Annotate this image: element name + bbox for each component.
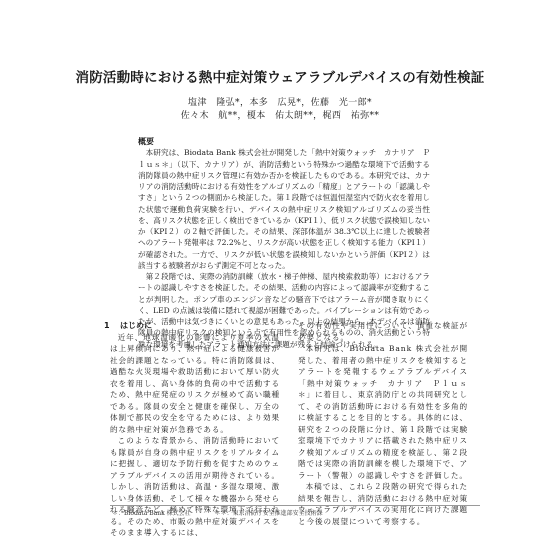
- author-list: 塩津 隆弘*，本多 広晃*，佐藤 光一郎* 佐々木 航**，榎本 佑太朗**，梶…: [0, 97, 560, 123]
- abstract: 概要 本研究は、Biodata Bank 株式会社が開発した「熱中対策ウォッチ …: [138, 136, 430, 350]
- section-title: はじめに: [120, 321, 152, 330]
- abstract-heading: 概要: [138, 136, 430, 147]
- body-paragraph-continued: その有効性や実用性について、慎重な検証が必要となる。: [298, 320, 468, 343]
- section-number: 1: [104, 320, 120, 332]
- footnotes: ＊：Biodata Bank 株式会社 ＊＊：東京消防庁安全推進部安全技術課: [112, 509, 345, 518]
- body-paragraph: 本稿では、これら２段階の研究で得られた結果を報告し、消防活動における熱中症対策ウ…: [298, 481, 468, 527]
- body-column-right: その有効性や実用性について、慎重な検証が必要となる。 本研究は、Biodata …: [298, 320, 468, 527]
- footnote-divider: [110, 505, 480, 506]
- section-heading: 1はじめに: [104, 320, 280, 332]
- paper-title: 消防活動時における熱中症対策ウェアラブルデバイスの有効性検証: [0, 66, 560, 86]
- abstract-paragraph: 本研究は、Biodata Bank 株式会社が開発した「熱中対策ウォッチ カナリ…: [138, 147, 430, 271]
- footnote-affiliation-1: ＊：Biodata Bank 株式会社: [112, 510, 191, 517]
- body-paragraph: 近年、地球温暖化の影響により夏季の気温は上昇傾向にあり、熱中症による健康被害が社…: [110, 332, 280, 436]
- body-paragraph: 本研究は、Biodata Bank 株式会社が開発した、着用者の熱中症リスクを検…: [298, 343, 468, 481]
- authors-line-1: 塩津 隆弘*，本多 広晃*，佐藤 光一郎*: [0, 97, 560, 110]
- body-paragraph: このような背景から、消防活動時においても隊員が自身の熱中症リスクをリアルタイムに…: [110, 435, 280, 539]
- authors-line-2: 佐々木 航**，榎本 佑太朗**，梶西 祐弥**: [0, 110, 560, 123]
- footnote-affiliation-2: ＊＊：東京消防庁安全推進部安全技術課: [215, 510, 323, 517]
